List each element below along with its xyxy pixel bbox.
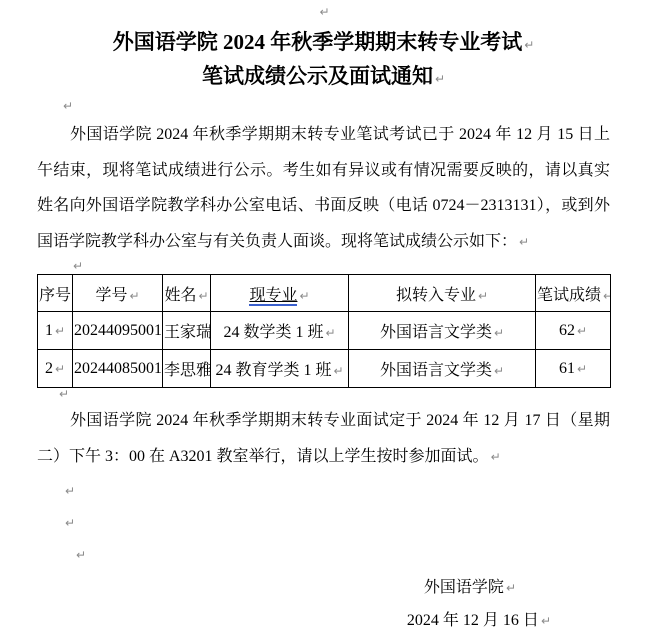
- cell-text: 24 数学类 1 班: [223, 324, 323, 341]
- column-header-student-id: 学号↵: [73, 275, 163, 312]
- title-text: 外国语学院 2024 年秋季学期期末转专业考试: [113, 30, 523, 54]
- header-text-underlined: 现专业: [249, 287, 297, 306]
- interview-paragraph: 外国语学院 2024 年秋季学期期末转专业面试定于 2024 年 12 月 17…: [37, 403, 610, 475]
- column-header-written-score: 笔试成绩↵: [536, 275, 611, 312]
- cell-text: 李思雅: [164, 362, 211, 379]
- cell-current-major: 24 教育学类 1 班↵: [211, 350, 349, 388]
- pilcrow-icon: ↵: [577, 362, 587, 376]
- cell-written-score: 62↵: [536, 312, 611, 350]
- empty-paragraph: ↵: [37, 0, 610, 20]
- empty-paragraph: ↵: [37, 260, 610, 273]
- document-title-line1: 外国语学院 2024 年秋季学期期末转专业考试↵: [37, 27, 610, 61]
- empty-paragraph: ↵: [37, 507, 610, 539]
- empty-paragraph: ↵: [37, 95, 610, 116]
- cell-student-id: 2024408500114↵: [73, 350, 163, 388]
- cell-target-major: 外国语言文学类↵: [349, 350, 536, 388]
- cell-text: 1: [45, 322, 53, 339]
- pilcrow-icon: ↵: [65, 516, 75, 530]
- cell-target-major: 外国语言文学类↵: [349, 312, 536, 350]
- pilcrow-icon: ↵: [494, 326, 504, 340]
- table-row: 1↵ 2024409500112↵ 王家瑞↵ 24 数学类 1 班↵ 外国语言文…: [38, 312, 611, 350]
- cell-text: 外国语言文学类: [380, 324, 492, 341]
- pilcrow-icon: ↵: [577, 324, 587, 338]
- table-row: 2↵ 2024408500114↵ 李思雅↵ 24 教育学类 1 班↵ 外国语言…: [38, 350, 611, 388]
- cell-text: 62: [559, 322, 575, 339]
- cell-index: 1↵: [38, 312, 73, 350]
- scores-table: 序号↵ 学号↵ 姓名↵ 现专业↵ 拟转入专业↵ 笔试成绩↵ 1↵ 2024409…: [37, 274, 611, 388]
- pilcrow-icon: ↵: [76, 548, 86, 562]
- header-text: 姓名: [164, 287, 196, 304]
- document-page: ↵ 外国语学院 2024 年秋季学期期末转专业考试↵ 笔试成绩公示及面试通知↵ …: [0, 0, 647, 639]
- pilcrow-icon: ↵: [541, 614, 551, 628]
- cell-text: 王家瑞: [164, 324, 211, 341]
- pilcrow-icon: ↵: [299, 289, 309, 303]
- document-title-line2: 笔试成绩公示及面试通知↵: [37, 61, 610, 95]
- pilcrow-icon: ↵: [494, 364, 504, 378]
- pilcrow-icon: ↵: [333, 364, 343, 378]
- signature-date: 2024 年 12 月 16 日↵: [37, 605, 610, 637]
- empty-paragraph: ↵: [37, 539, 610, 571]
- notice-paragraph: 外国语学院 2024 年秋季学期期末转专业笔试考试已于 2024 年 12 月 …: [37, 117, 610, 260]
- pilcrow-icon: ↵: [603, 289, 610, 303]
- signature: 外国语学院↵: [37, 571, 610, 605]
- pilcrow-icon: ↵: [478, 289, 488, 303]
- column-header-current-major: 现专业↵: [211, 275, 349, 312]
- column-header-target-major: 拟转入专业↵: [349, 275, 536, 312]
- pilcrow-icon: ↵: [491, 450, 501, 464]
- cell-current-major: 24 数学类 1 班↵: [211, 312, 349, 350]
- column-header-name: 姓名↵: [163, 275, 211, 312]
- pilcrow-icon: ↵: [59, 387, 69, 401]
- cell-student-id: 2024409500112↵: [73, 312, 163, 350]
- pilcrow-icon: ↵: [55, 324, 65, 338]
- paragraph-text: 外国语学院 2024 年秋季学期期末转专业面试定于 2024 年 12 月 17…: [37, 412, 610, 465]
- empty-paragraph: ↵: [37, 388, 610, 402]
- pilcrow-icon: ↵: [325, 326, 335, 340]
- cell-index: 2↵: [38, 350, 73, 388]
- pilcrow-icon: ↵: [63, 99, 73, 113]
- pilcrow-icon: ↵: [55, 362, 65, 376]
- pilcrow-icon: ↵: [198, 289, 208, 303]
- cell-name: 李思雅↵: [163, 350, 211, 388]
- column-header-index: 序号↵: [38, 275, 73, 312]
- pilcrow-icon: ↵: [435, 72, 445, 86]
- title-text: 笔试成绩公示及面试通知: [202, 64, 433, 88]
- empty-paragraph: ↵: [37, 475, 610, 507]
- pilcrow-icon: ↵: [506, 581, 516, 595]
- cell-text: 外国语言文学类: [380, 362, 492, 379]
- header-text: 笔试成绩: [537, 287, 601, 304]
- header-text: 学号: [95, 287, 127, 304]
- pilcrow-icon: ↵: [73, 259, 83, 273]
- signature-text: 外国语学院: [424, 579, 504, 596]
- header-text: 序号: [39, 287, 71, 304]
- cell-text: 2: [45, 360, 53, 377]
- pilcrow-icon: ↵: [524, 38, 534, 52]
- header-text: 拟转入专业: [396, 287, 476, 304]
- cell-text: 2024408500114: [74, 360, 163, 377]
- date-text: 2024 年 12 月 16 日: [407, 612, 539, 629]
- cell-text: 2024409500112: [74, 322, 163, 339]
- paragraph-text: 外国语学院 2024 年秋季学期期末转专业笔试考试已于 2024 年 12 月 …: [37, 126, 610, 250]
- table-header-row: 序号↵ 学号↵ 姓名↵ 现专业↵ 拟转入专业↵ 笔试成绩↵: [38, 275, 611, 312]
- cell-text: 24 教育学类 1 班: [215, 362, 331, 379]
- pilcrow-icon: ↵: [319, 5, 329, 19]
- cell-written-score: 61↵: [536, 350, 611, 388]
- pilcrow-icon: ↵: [129, 289, 139, 303]
- cell-name: 王家瑞↵: [163, 312, 211, 350]
- pilcrow-icon: ↵: [65, 484, 75, 498]
- cell-text: 61: [559, 360, 575, 377]
- pilcrow-icon: ↵: [519, 235, 529, 249]
